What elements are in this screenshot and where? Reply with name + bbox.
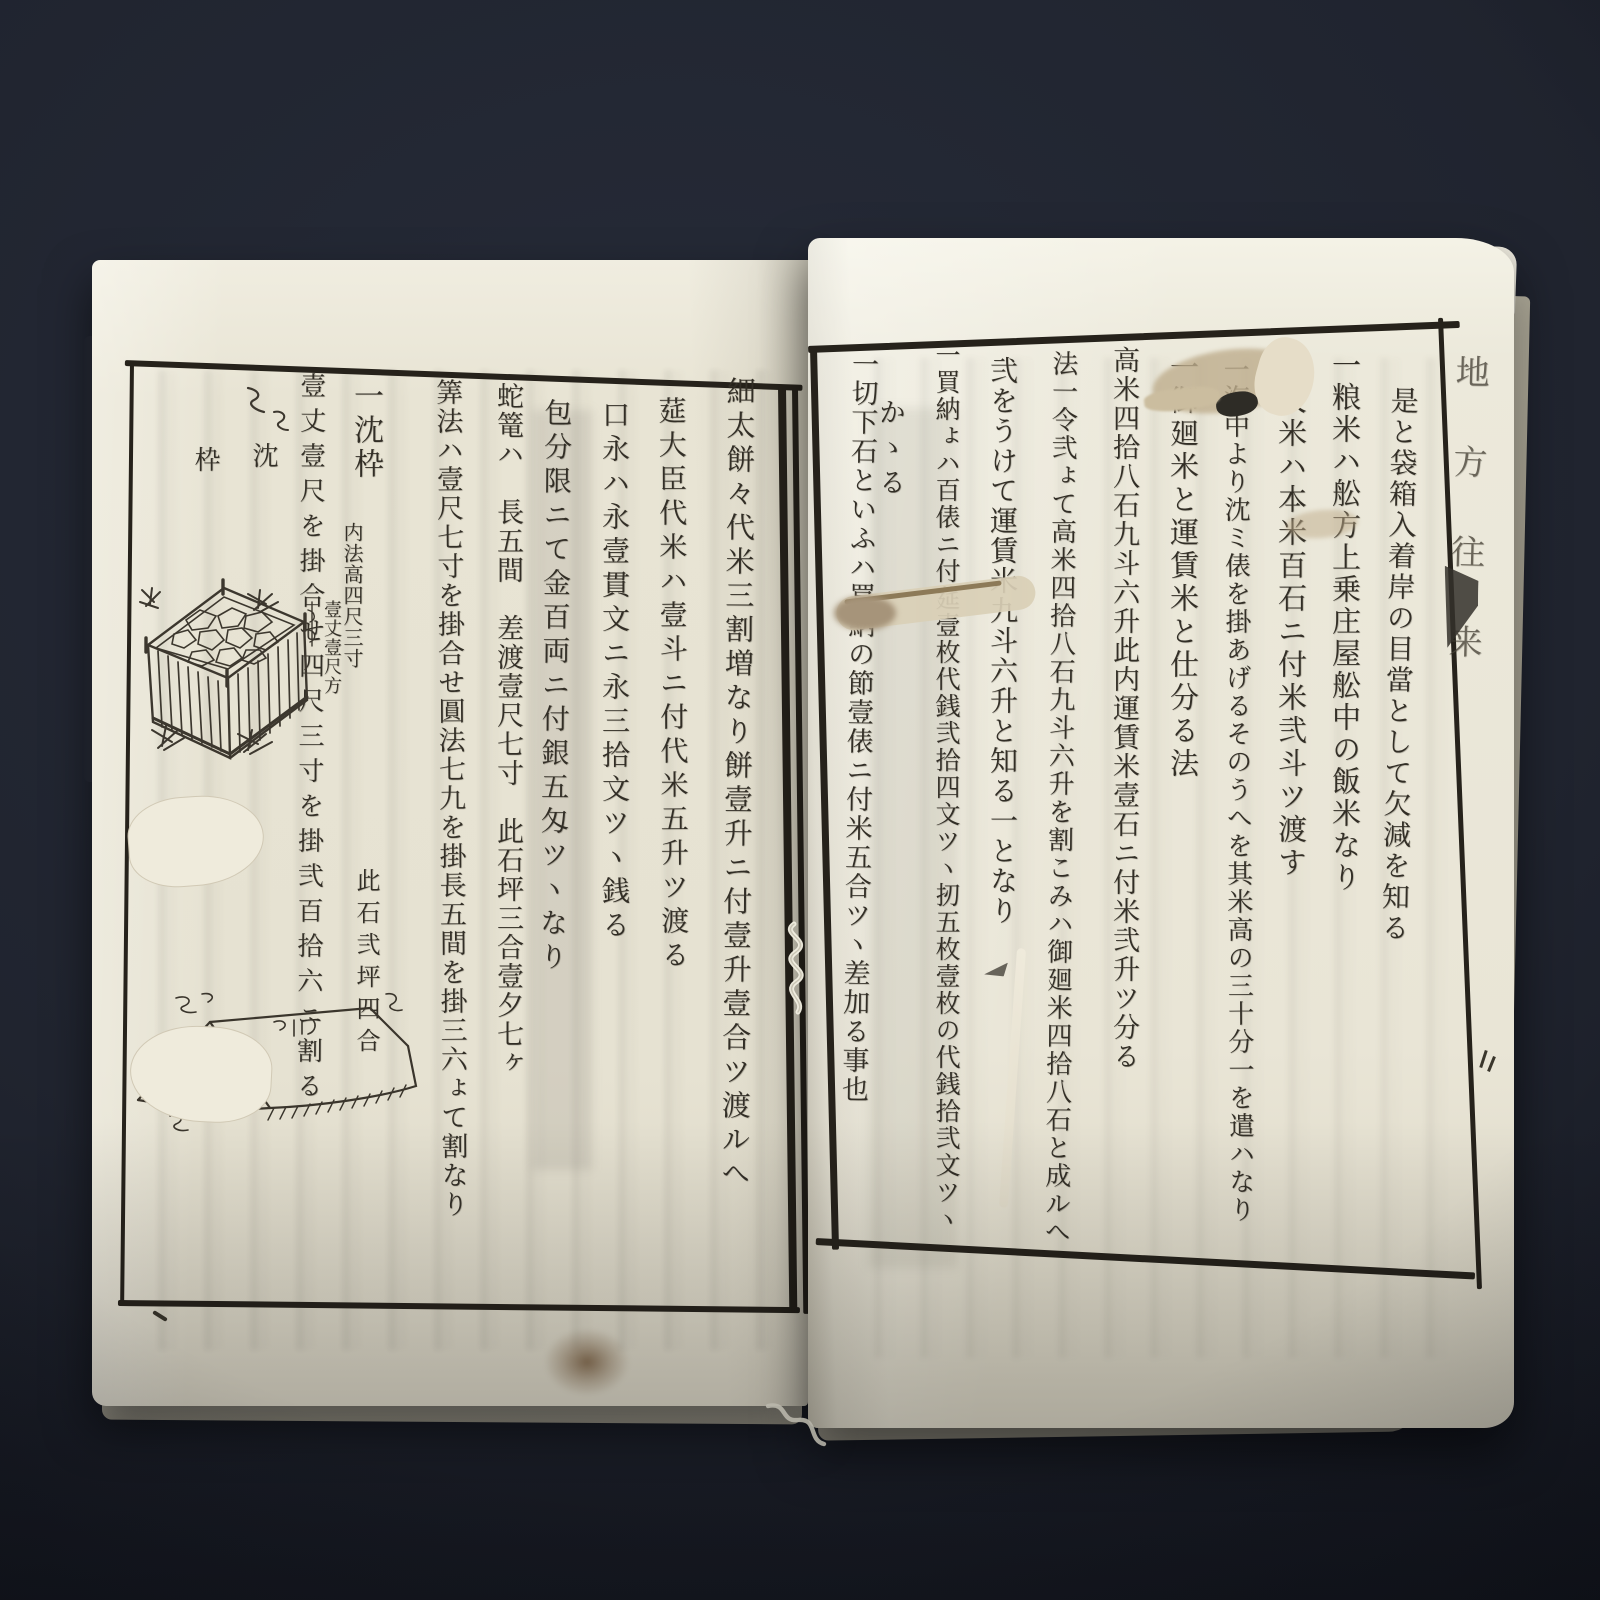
label-waku: 枠 <box>192 446 218 472</box>
right-col-kakemai: 一欠米ハ本米百石ニ付米弐斗ツ渡す <box>1276 352 1305 880</box>
paper-crack-tip <box>983 963 1011 982</box>
ink-tick-below-frame <box>152 1310 168 1322</box>
right-col-kirisage-ishi: 一切下石といふハ買納の節壹俵ニ付米五合ツヽ差加る事也 <box>839 350 877 1104</box>
right-frame-bottom-rule <box>816 1238 1475 1280</box>
right-col-kainou: 一買納ょハ百俵ニ付莚壹枚代銭弐拾四文ツヽ扨五枚壹枚の代銭拾弐文ツヽ <box>934 342 959 1233</box>
left-col-shizumiwaku-head: 一沈枠 <box>350 380 380 482</box>
right-col-kate-mai: 一粮米ハ舩方上乗庄屋舩中の飯米なり <box>1330 350 1359 894</box>
binding-thread-bottom <box>760 1400 830 1452</box>
right-col-okaimai-shiwake: 一御廻米と運賃米と仕分る法 <box>1168 352 1197 781</box>
left-col-mushiro-daimai: 莚大臣代米ハ壹斗ニ付代米五升ツ渡る <box>656 396 687 974</box>
kana-squiggle-2 <box>270 408 292 434</box>
binding-thread-middle <box>770 920 820 1016</box>
edge-ink-dash-1 <box>1479 1050 1487 1068</box>
title-strip: 地方往来 <box>1443 354 1486 715</box>
right-col-ho-warikomi: 法一令弐ょて高米四拾八石九斗六升を割こみハ御廻米四拾八石と成ルへ <box>1042 350 1076 1246</box>
left-col-mochi-daimai: 細太餅々代米三割増なり餅壹升ニ付壹升壹合ツ渡ルへ <box>719 376 754 1192</box>
right-frame-gutter-rule <box>810 348 839 1250</box>
paper-crack <box>999 948 1026 1208</box>
left-page: 細太餅々代米三割増なり餅壹升ニ付壹升壹合ツ渡ルへ 莚大臣代米ハ壹斗ニ付代米五升ツ… <box>92 260 808 1406</box>
left-col-kuchiei: 口永ハ永壹貫文ニ永三拾文ツヽ銭る <box>600 400 628 944</box>
left-col-tsutsumi-bungen: 包分限ニて金百両ニ付銀五匁ツヽなり <box>537 398 570 976</box>
right-col-kaichu: 一海中より沈ミ俵を掛あげるそのうへを其米高の三十分一を遣ハなり <box>1221 356 1253 1224</box>
left-frame-bottom-rule <box>118 1300 800 1313</box>
stone-mound-illustration <box>118 988 448 1138</box>
right-col-kakaru: かゝる <box>876 398 903 503</box>
right-col-takamai: 高米四拾八石九斗六升此内運賃米壹石ニ付米弐升ツ分る <box>1110 346 1137 1071</box>
left-frame-top-rule <box>125 360 803 391</box>
stone-crib-illustration <box>126 550 326 870</box>
left-col-uchinori: 内法高四尺三寸 <box>342 522 362 669</box>
right-col-ni-wo-ukete: 弐をうけて運賃米九斗六升と知る一となり <box>988 356 1016 926</box>
right-col-fukurobako: 是と袋箱入着岸の目當として欠減を知る <box>1379 386 1417 944</box>
edge-ink-dash-2 <box>1487 1056 1496 1072</box>
label-shizume: 沈 <box>250 442 276 468</box>
right-page: 地方往来 是と袋箱入着岸の目當として欠減を知る 一粮米ハ舩方上乗庄屋舩中の飯米な… <box>808 238 1514 1428</box>
kana-squiggle-1 <box>242 384 268 418</box>
left-col-jakago: 蛇篭ハ 長五間 差渡壹尺七寸 此石坪三合壹夕七ヶ <box>494 382 521 1078</box>
photo-of-open-book: { "colors": { "background": "#1f232e", "… <box>0 0 1600 1600</box>
brown-stain <box>544 1328 630 1396</box>
